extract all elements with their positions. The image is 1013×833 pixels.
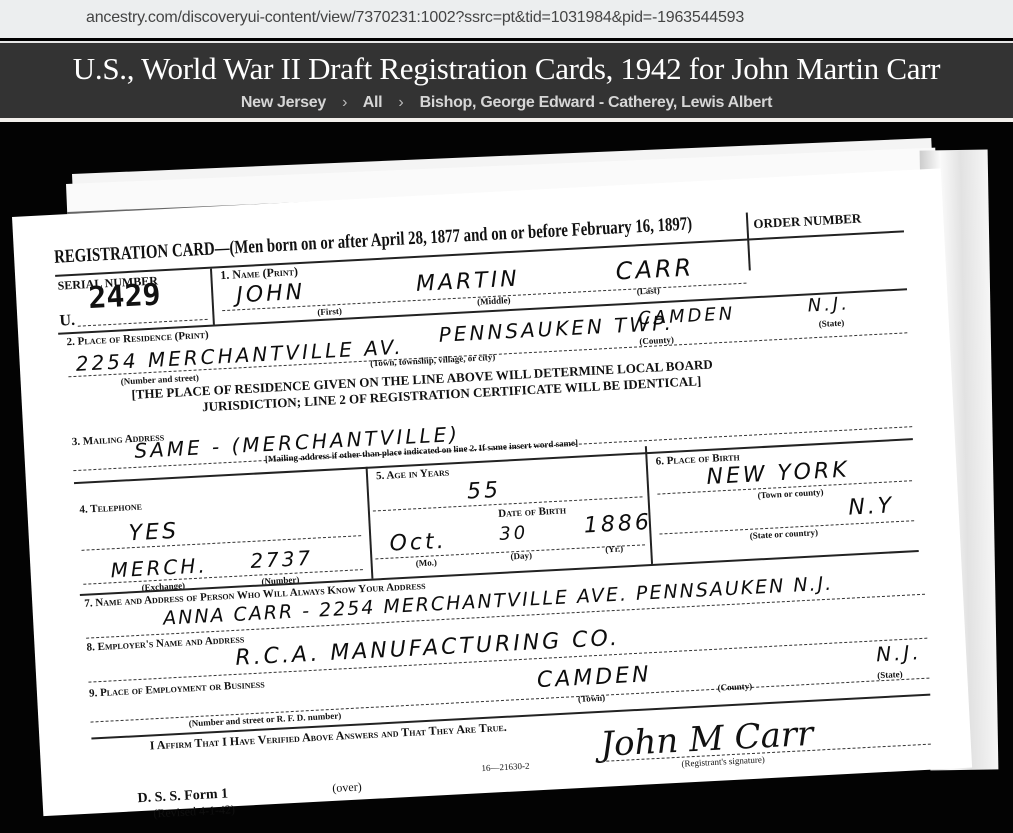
sublabel-month: (Mo.) bbox=[415, 557, 437, 568]
dob-month: Oct. bbox=[389, 529, 447, 557]
breadcrumb: New Jersey › All › Bishop, George Edward… bbox=[0, 94, 1013, 112]
breadcrumb-roll[interactable]: Bishop, George Edward - Catherey, Lewis … bbox=[420, 94, 773, 111]
sublabel-day: (Day) bbox=[510, 550, 532, 561]
chevron-right-icon: › bbox=[342, 94, 347, 111]
telephone-number: 2737 bbox=[250, 546, 314, 573]
sublabel-year: (Yr.) bbox=[605, 543, 623, 554]
dob-label: Date of Birth bbox=[498, 504, 566, 520]
serial-number: 2429 bbox=[87, 277, 161, 316]
record-header: U.S., World War II Draft Registration Ca… bbox=[0, 41, 1013, 118]
card-title: REGISTRATION CARD—(Men born on or after … bbox=[54, 213, 693, 268]
sublabel-county: (County) bbox=[639, 335, 674, 347]
employment-state: N.J. bbox=[875, 640, 922, 666]
sublabel-emp-county: (County) bbox=[717, 681, 752, 693]
over-note: (over) bbox=[332, 779, 362, 796]
form-code: 16—21630-2 bbox=[481, 761, 529, 773]
sublabel-emp-state: (State) bbox=[877, 669, 903, 680]
sublabel-last: (Last) bbox=[636, 285, 659, 296]
sublabel-emp-town: (Town) bbox=[578, 693, 606, 704]
birthplace-state: N.Y bbox=[848, 493, 895, 520]
sublabel-middle: (Middle) bbox=[477, 295, 511, 307]
employment-place-label: 9. Place of Employment or Business bbox=[89, 678, 265, 699]
breadcrumb-all[interactable]: All bbox=[363, 94, 383, 111]
address-bar[interactable]: ancestry.com/discoveryui-content/view/73… bbox=[0, 0, 1013, 38]
dob-year: 1886 bbox=[583, 510, 652, 539]
form-revised: (Revised 4-1-42) bbox=[153, 802, 235, 821]
sublabel-first: (First) bbox=[317, 306, 342, 317]
breadcrumb-new-jersey[interactable]: New Jersey bbox=[241, 94, 326, 111]
telephone-value: YES bbox=[128, 519, 180, 547]
name-middle: MARTIN bbox=[415, 267, 520, 297]
employment-town: CAMDEN bbox=[536, 662, 652, 693]
order-number-label: ORDER NUMBER bbox=[753, 211, 862, 233]
birthplace-town-sublabel: (Town or county) bbox=[757, 487, 823, 500]
residence-county: CAMDEN bbox=[638, 303, 736, 329]
image-viewer[interactable]: REGISTRATION CARD—(Men born on or after … bbox=[0, 122, 1013, 833]
dob-day: 30 bbox=[499, 522, 529, 544]
telephone-label: 4. Telephone bbox=[79, 501, 142, 516]
name-first: JOHN bbox=[236, 280, 306, 309]
age-label: 5. Age in Years bbox=[376, 466, 450, 482]
birthplace-state-sublabel: (State or country) bbox=[749, 527, 818, 541]
page-title: U.S., World War II Draft Registration Ca… bbox=[0, 51, 1013, 87]
residence-state: N.J. bbox=[807, 293, 850, 316]
age-value: 55 bbox=[466, 478, 501, 505]
url-text: ancestry.com/discoveryui-content/view/73… bbox=[86, 9, 744, 26]
sublabel-state: (State) bbox=[818, 318, 844, 329]
chevron-right-icon: › bbox=[398, 94, 403, 111]
name-last: CARR bbox=[615, 253, 695, 285]
serial-prefix: U. bbox=[59, 312, 75, 331]
registration-card: REGISTRATION CARD—(Men born on or after … bbox=[12, 168, 972, 816]
